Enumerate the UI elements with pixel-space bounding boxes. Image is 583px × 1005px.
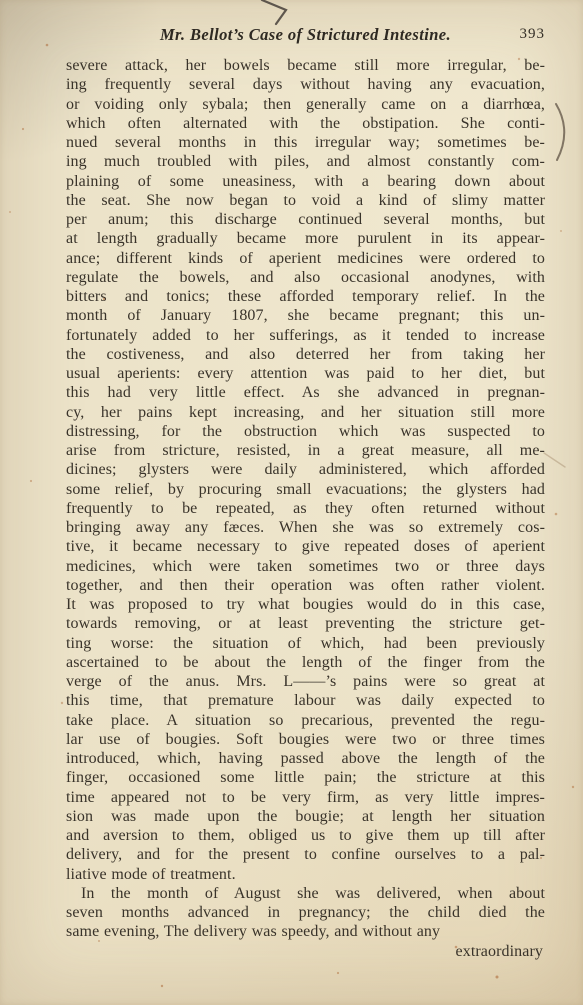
text-line: towards removing, or at least preventing… — [66, 614, 545, 633]
text-line: nued several months in this irregular wa… — [66, 133, 545, 152]
text-line: In the month of August she was delivered… — [66, 884, 545, 903]
margin-curve-mark — [556, 104, 564, 160]
text-line: this had very little effect. As she adva… — [66, 383, 545, 402]
text-line: same evening, The delivery was speedy, a… — [66, 922, 545, 941]
text-line: distressing, for the obstruction which w… — [66, 422, 545, 441]
text-line: or voiding only sybala; then generally c… — [66, 95, 545, 114]
text-line: delivery, and for the present to confine… — [66, 845, 545, 864]
page-number: 393 — [520, 26, 546, 43]
text-line: which often alternated with the obstipat… — [66, 114, 545, 133]
text-line: together, and then their operation was o… — [66, 576, 545, 595]
text-line: ascertained to be about the length of th… — [66, 653, 545, 672]
text-line: medicines, which were taken sometimes tw… — [66, 557, 545, 576]
body-text: severe attack, her bowels became still m… — [66, 56, 545, 961]
catchword: extraordinary — [66, 942, 545, 961]
text-line: cy, her pains kept increasing, and her s… — [66, 403, 545, 422]
faint-scratch-mark — [544, 453, 565, 467]
text-line: plaining of some uneasiness, with a bear… — [66, 172, 545, 191]
text-line: introduced, which, having passed above t… — [66, 749, 545, 768]
text-line: seven months advanced in pregnancy; the … — [66, 903, 545, 922]
text-line: liative mode of treatment. — [66, 865, 545, 884]
text-line: the seat. She now began to void a kind o… — [66, 191, 545, 210]
ink-check-mark — [262, 0, 286, 24]
text-line: some relief, by procuring small evacuati… — [66, 480, 545, 499]
text-line: at length gradually became more purulent… — [66, 229, 545, 248]
text-line: ting worse: the situation of which, had … — [66, 634, 545, 653]
running-title: Mr. Bellot’s Case of Strictured Intestin… — [66, 25, 545, 45]
text-line: tive, it became necessary to give repeat… — [66, 537, 545, 556]
text-line: lar use of bougies. Soft bougies were tw… — [66, 730, 545, 749]
text-line: bringing away any fæces. When she was so… — [66, 518, 545, 537]
text-line: dicines; glysters were daily administere… — [66, 460, 545, 479]
text-line: arise from stricture, resisted, in a gre… — [66, 441, 545, 460]
text-line: month of January 1807, she became pregna… — [66, 306, 545, 325]
text-line: sion was made upon the bougie; at length… — [66, 807, 545, 826]
text-line: per anum; this discharge continued sever… — [66, 210, 545, 229]
text-line: finger, occasioned some little pain; the… — [66, 768, 545, 787]
text-line: regulate the bowels, and also occasional… — [66, 268, 545, 287]
text-line: this time, that premature labour was dai… — [66, 691, 545, 710]
text-line: fortunately added to her sufferings, as … — [66, 326, 545, 345]
text-line: time appeared not to be very firm, as ve… — [66, 788, 545, 807]
text-line: frequently to be repeated, as they often… — [66, 499, 545, 518]
scanned-page: Mr. Bellot’s Case of Strictured Intestin… — [0, 0, 583, 1005]
text-line: take place. A situation so precarious, p… — [66, 711, 545, 730]
text-line: It was proposed to try what bougies woul… — [66, 595, 545, 614]
text-line: the costiveness, and also deterred her f… — [66, 345, 545, 364]
text-line: usual aperients: every attention was pai… — [66, 364, 545, 383]
text-line: severe attack, her bowels became still m… — [66, 56, 545, 75]
page-header: Mr. Bellot’s Case of Strictured Intestin… — [66, 25, 545, 47]
text-line: ance; different kinds of aperient medici… — [66, 249, 545, 268]
text-line: ing frequently several days without havi… — [66, 75, 545, 94]
text-line: ing much troubled with piles, and almost… — [66, 152, 545, 171]
text-line: verge of the anus. Mrs. L——’s pains were… — [66, 672, 545, 691]
text-line: and aversion to them, obliged us to give… — [66, 826, 545, 845]
text-line: bitters and tonics; these afforded tempo… — [66, 287, 545, 306]
